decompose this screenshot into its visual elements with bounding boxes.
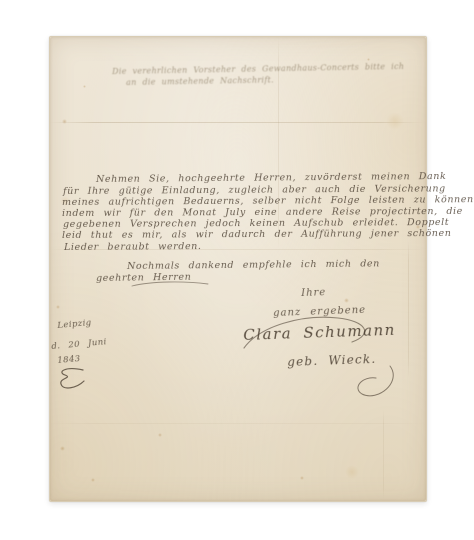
fold-crease-vertical-lower-right [383, 410, 384, 499]
photograph-of-letter: Die verehrlichen Vorsteher des Gewandhau… [0, 0, 474, 540]
date-paraph-flourish [53, 366, 89, 394]
fold-crease-horizontal-top [49, 122, 425, 123]
closing-underline-flourish [130, 279, 210, 289]
body-line-6: leid thut es mir, als wir dadurch der Au… [62, 228, 451, 241]
dateline-year: 1843 [57, 354, 81, 366]
paper-edge-crease-right [408, 240, 409, 378]
signoff-pronoun: Ihre [301, 287, 326, 299]
signature-descender-flourish [332, 362, 402, 407]
body-line-7: Lieder beraubt werden. [64, 241, 202, 253]
fold-crease-horizontal-bottom [49, 423, 425, 424]
